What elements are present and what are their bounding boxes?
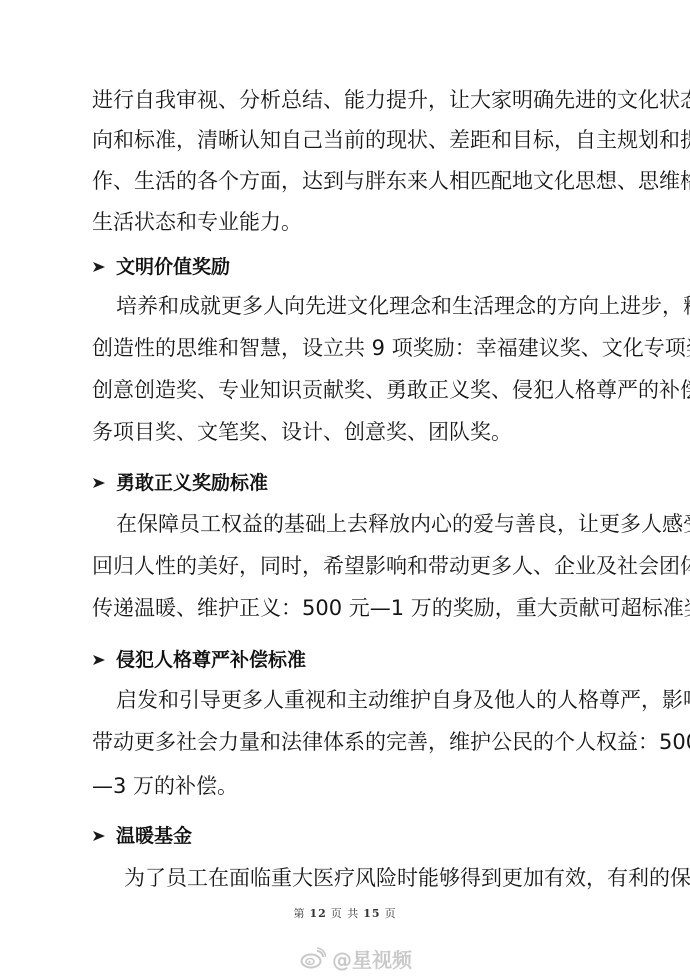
watermark: @星视频 [300, 944, 412, 972]
document-page: 进行自我审视、分析总结、能力提升，让大家明确先进的文化状态、方向和标准，清晰认知… [0, 0, 690, 976]
paragraph-line: 传递温暖、维护正义：500 元—1 万的奖励，重大贡献可超标准奖励。 [92, 593, 588, 623]
section-heading: 勇敢正义奖励标准 [92, 468, 268, 498]
paragraph-line: 进行自我审视、分析总结、能力提升，让大家明确先进的文化状态、方 [92, 85, 588, 115]
arrow-bullet-icon [92, 829, 106, 843]
total-page-number: 15 [363, 907, 380, 920]
section-heading-text: 文明价值奖励 [116, 252, 230, 282]
section-heading: 侵犯人格尊严补偿标准 [92, 645, 306, 675]
page-footer: 第12页 共15页 [0, 905, 690, 921]
current-page-number: 12 [309, 907, 326, 920]
paragraph-line: 向和标准，清晰认知自己当前的现状、差距和目标，自主规划和提升工 [92, 125, 588, 155]
arrow-bullet-icon [92, 260, 106, 274]
section-heading: 温暖基金 [92, 821, 192, 851]
footer-suffix: 页 [385, 907, 397, 920]
paragraph-line: 创造性的思维和智慧，设立共 9 项奖励：幸福建议奖、文化专项奖励、 [92, 333, 588, 363]
paragraph-line: —3 万的补偿。 [92, 771, 588, 801]
paragraph-line: 培养和成就更多人向先进文化理念和生活理念的方向上进步，释放 [116, 291, 588, 321]
paragraph-line: 生活状态和专业能力。 [92, 207, 588, 237]
paragraph-line: 回归人性的美好，同时，希望影响和带动更多人、企业及社会团体共同 [92, 551, 588, 581]
section-heading-text: 勇敢正义奖励标准 [116, 468, 268, 498]
arrow-bullet-icon [92, 653, 106, 667]
paragraph-line: 为了员工在面临重大医疗风险时能够得到更加有效，有利的保障， [124, 863, 588, 893]
section-heading: 文明价值奖励 [92, 252, 230, 282]
watermark-text: @星视频 [332, 944, 412, 973]
footer-middle: 页 共 [331, 907, 360, 920]
footer-prefix: 第 [293, 907, 305, 920]
paragraph-line: 启发和引导更多人重视和主动维护自身及他人的人格尊严，影响和 [116, 685, 588, 715]
paragraph-line: 带动更多社会力量和法律体系的完善，维护公民的个人权益：5000 元 [92, 727, 588, 757]
paragraph-line: 务项目奖、文笔奖、设计、创意奖、团队奖。 [92, 417, 588, 447]
paragraph-line: 作、生活的各个方面，达到与胖东来人相匹配地文化思想、思维格局、 [92, 166, 588, 196]
section-heading-text: 侵犯人格尊严补偿标准 [116, 645, 306, 675]
paragraph-line: 在保障员工权益的基础上去释放内心的爱与善良，让更多人感受和 [116, 509, 588, 539]
section-heading-text: 温暖基金 [116, 821, 192, 851]
paragraph-line: 创意创造奖、专业知识贡献奖、勇敢正义奖、侵犯人格尊严的补偿、服 [92, 375, 588, 405]
arrow-bullet-icon [92, 476, 106, 490]
weibo-logo-icon [300, 947, 326, 969]
